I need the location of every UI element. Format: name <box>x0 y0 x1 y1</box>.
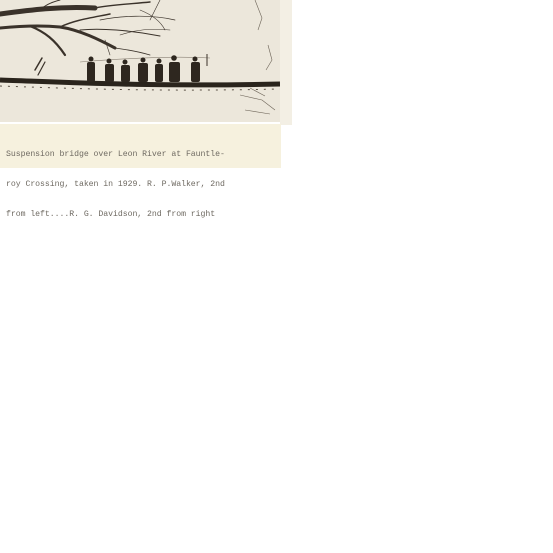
caption-line: Suspension bridge over Leon River at Fau… <box>6 150 281 160</box>
bridge-illustration <box>0 0 280 122</box>
photo-caption: Suspension bridge over Leon River at Fau… <box>0 124 281 168</box>
photo-border <box>280 0 292 125</box>
caption-line: from left....R. G. Davidson, 2nd from ri… <box>6 210 281 220</box>
historical-photo <box>0 0 283 122</box>
newspaper-clipping: Suspension bridge over Leon River at Fau… <box>0 0 292 170</box>
caption-line: roy Crossing, taken in 1929. R. P.Walker… <box>6 180 281 190</box>
